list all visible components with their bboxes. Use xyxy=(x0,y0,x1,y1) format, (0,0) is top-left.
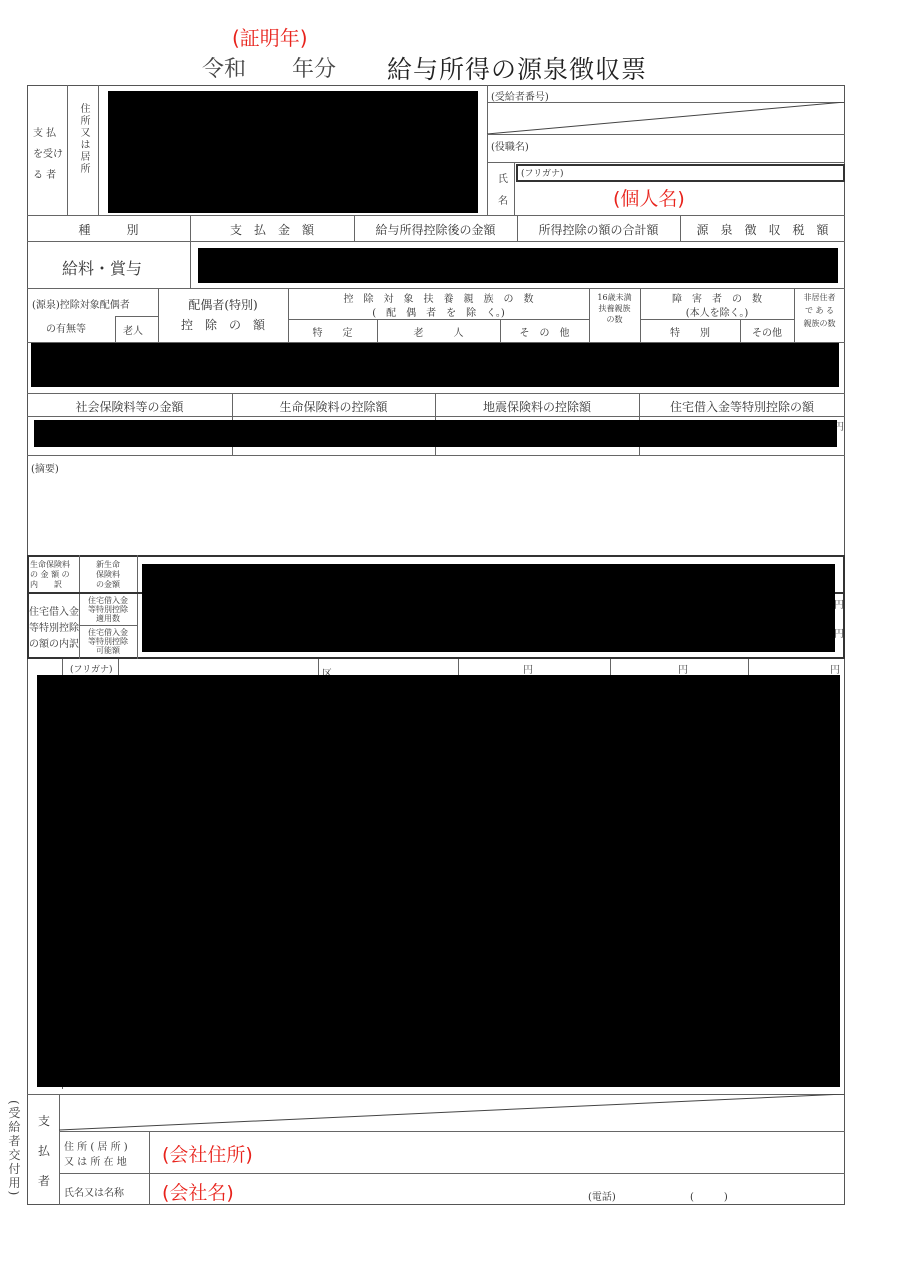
new-life-2: 保険料 xyxy=(79,570,137,579)
year-annotation: (証明年) xyxy=(232,22,308,51)
disabled-1: 障 害 者 の 数 xyxy=(640,290,794,305)
payer-label-1: 支 xyxy=(38,1112,50,1129)
housing-breakdown-3: の額の内訳 xyxy=(29,635,79,650)
payer-name-label: 氏名又は名称 xyxy=(64,1184,124,1199)
diagonal-line xyxy=(59,1094,845,1132)
elderly2-label: 老 人 xyxy=(377,324,500,339)
yen-mark: 円 xyxy=(830,661,840,676)
new-life-1: 新生命 xyxy=(79,560,137,569)
recipient-label-1: 支 払 xyxy=(33,124,56,139)
position-label: (役職名) xyxy=(491,138,529,153)
payer-label-3: 者 xyxy=(38,1172,50,1189)
life-ins-breakdown-1: 生命保険料 xyxy=(30,560,70,569)
disabled-2: (本人を除く。) xyxy=(640,304,794,319)
name-label-1: 氏 xyxy=(498,170,508,185)
spouse-label-2: の有無等 xyxy=(46,320,86,335)
remarks-label: (摘要) xyxy=(31,460,59,475)
furigana-field[interactable] xyxy=(516,164,845,182)
header-total-deductions: 所得控除の額の合計額 xyxy=(517,221,680,238)
housing-count-2: 等特別控除 xyxy=(79,605,137,614)
housing-possible-2: 等特別控除 xyxy=(79,637,137,646)
furigana-label: (フリガナ) xyxy=(521,166,564,179)
address-label: 住所又は居所 xyxy=(76,103,91,175)
redacted-lower-section xyxy=(37,675,840,1087)
redacted-dependents xyxy=(31,343,839,387)
dependent-furigana: (フリガナ) xyxy=(70,662,113,675)
company-address-annotation: (会社住所) xyxy=(162,1140,253,1167)
diagonal-line xyxy=(487,102,845,135)
header-after-deduction: 給与所得控除後の金額 xyxy=(354,221,517,238)
other-label: そ の 他 xyxy=(500,324,589,339)
nonresident-1: 非居住者 xyxy=(794,293,845,302)
spouse-deduction-2: 控 除 の 額 xyxy=(158,316,288,333)
yen-mark: 円 xyxy=(834,596,844,611)
yen-mark: 円 xyxy=(834,625,844,640)
form-title: 給与所得の源泉徴収票 xyxy=(387,50,647,86)
redacted-breakdown xyxy=(142,564,835,652)
redacted-insurance xyxy=(34,420,837,447)
header-housing-loan: 住宅借入金等特別控除の額 xyxy=(639,398,845,415)
header-social-ins: 社会保険料等の金額 xyxy=(27,398,232,415)
housing-count-1: 住宅借入金 xyxy=(79,596,137,605)
under16-3: の数 xyxy=(589,315,640,324)
under16-1: 16歳未満 xyxy=(589,293,640,302)
other2-label: その他 xyxy=(740,324,794,339)
housing-breakdown-2: 等特別控除 xyxy=(29,619,79,634)
new-life-3: の金額 xyxy=(79,580,137,589)
specific-label: 特 定 xyxy=(288,324,377,339)
spouse-deduction-1: 配偶者(特別) xyxy=(158,296,288,313)
header-type: 種 別 xyxy=(27,221,190,238)
nonresident-3: 親族の数 xyxy=(794,319,845,328)
year-suffix: 年分 xyxy=(292,52,336,83)
payer-label-2: 払 xyxy=(38,1142,50,1159)
under16-2: 扶養親族 xyxy=(589,304,640,313)
dependents-1: 控 除 対 象 扶 養 親 族 の 数 xyxy=(288,290,589,305)
phone-area-code: ( ) xyxy=(690,1188,728,1203)
housing-possible-3: 可能額 xyxy=(79,646,137,655)
recipient-copy-note: (受給者交付用) xyxy=(6,1100,23,1197)
redacted-address xyxy=(108,91,478,213)
dependents-2: ( 配 偶 者 を 除 く。) xyxy=(288,304,589,319)
special-label: 特 別 xyxy=(640,324,740,339)
payer-address-label-2: 又 は 所 在 地 xyxy=(64,1153,127,1168)
spouse-label-1: (源泉)控除対象配偶者 xyxy=(32,296,130,311)
redacted-payment-values xyxy=(198,248,838,283)
era-label: 令和 xyxy=(202,52,246,83)
company-name-annotation: (会社名) xyxy=(162,1178,234,1205)
header-life-ins: 生命保険料の控除額 xyxy=(232,398,435,415)
type-value: 給料・賞与 xyxy=(62,256,142,279)
life-ins-breakdown-3: 内 訳 xyxy=(30,580,62,589)
housing-breakdown-1: 住宅借入金 xyxy=(29,603,79,618)
housing-possible-1: 住宅借入金 xyxy=(79,628,137,637)
recipient-label-3: る 者 xyxy=(33,166,56,181)
yen-mark: 円 xyxy=(678,661,688,676)
housing-count-3: 適用数 xyxy=(79,614,137,623)
name-annotation: (個人名) xyxy=(613,184,685,211)
nonresident-2: で あ る xyxy=(794,306,845,315)
payer-address-label-1: 住 所 ( 居 所 ) xyxy=(64,1138,128,1153)
life-ins-breakdown-2: の 金 額 の xyxy=(30,570,70,579)
recipient-label-2: を受け xyxy=(33,145,63,160)
elderly-label: 老人 xyxy=(123,322,143,337)
yen-mark: 円 xyxy=(523,661,533,676)
name-label-2: 名 xyxy=(498,192,508,207)
header-payment: 支 払 金 額 xyxy=(190,221,354,238)
recipient-number-label: (受給者番号) xyxy=(491,88,549,103)
header-earthquake-ins: 地震保険料の控除額 xyxy=(435,398,639,415)
header-withholding: 源 泉 徴 収 税 額 xyxy=(680,221,845,238)
phone-label: (電話) xyxy=(588,1188,616,1203)
